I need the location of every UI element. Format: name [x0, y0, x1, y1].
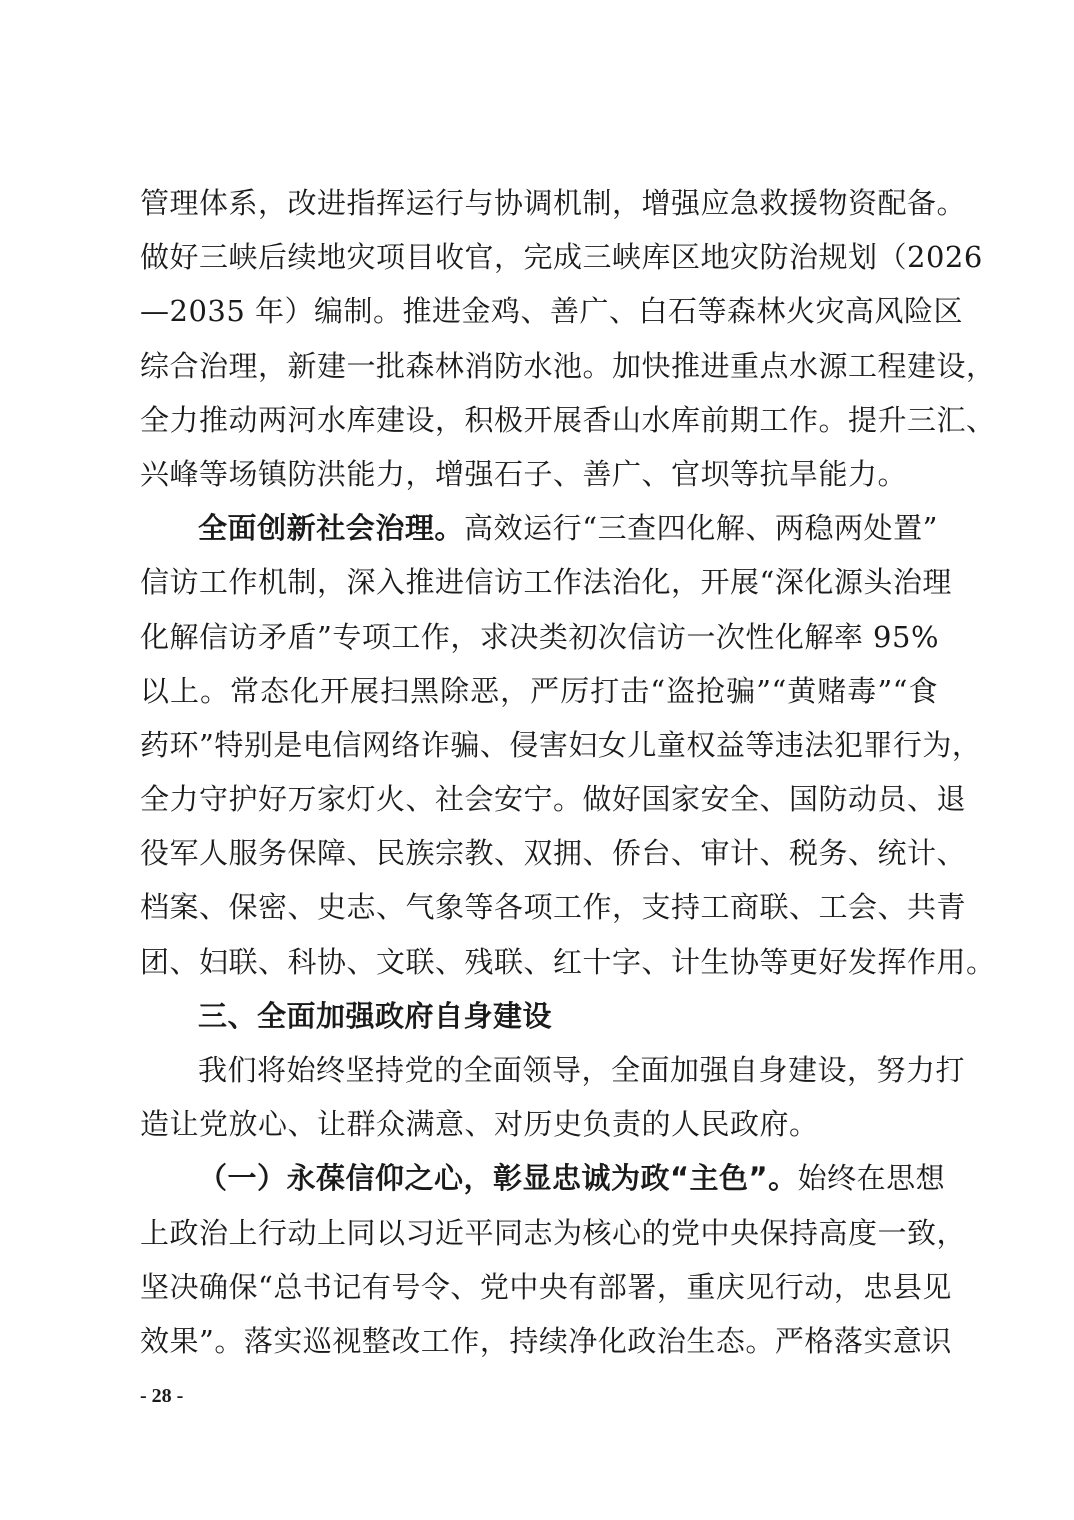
text-line: 以上。常态化开展扫黑除恶，严厉打击“盗抢骗”“黄赌毒”“食 [140, 664, 938, 718]
text-line: —2035 年）编制。推进金鸡、善广、白石等森林火灾高风险区 [140, 284, 938, 338]
paragraph-first-line: 全面创新社会治理。高效运行“三查四化解、两稳两处置” [140, 501, 938, 555]
text-line: 综合治理，新建一批森林消防水池。加快推进重点水源工程建设， [140, 339, 938, 393]
text-line: 全力守护好万家灯火、社会安宁。做好国家安全、国防动员、退 [140, 772, 938, 826]
text-line: 团、妇联、科协、文联、残联、红十字、计生协等更好发挥作用。 [140, 935, 938, 989]
text-line: 信访工作机制，深入推进信访工作法治化，开展“深化源头治理 [140, 555, 938, 609]
paragraph-lead-rest: 高效运行“三查四化解、两稳两处置” [464, 511, 938, 545]
text-line: 档案、保密、史志、气象等各项工作，支持工商联、工会、共青 [140, 880, 938, 934]
text-line: 兴峰等场镇防洪能力，增强石子、善广、官坝等抗旱能力。 [140, 447, 938, 501]
paragraph-first-line: （一）永葆信仰之心，彰显忠诚为政“主色”。始终在思想 [140, 1151, 938, 1205]
text-line: 化解信访矛盾”专项工作，求决类初次信访一次性化解率 95% [140, 610, 938, 664]
subsection-heading: （一）永葆信仰之心，彰显忠诚为政“主色”。 [198, 1161, 798, 1195]
paragraph-lead-rest: 始终在思想 [798, 1161, 946, 1195]
text-line: 坚决确保“总书记有号令、党中央有部署，重庆见行动，忠县见 [140, 1260, 938, 1314]
paragraph-first-line: 我们将始终坚持党的全面领导，全面加强自身建设，努力打 [140, 1043, 938, 1097]
text-line: 役军人服务保障、民族宗教、双拥、侨台、审计、税务、统计、 [140, 826, 938, 880]
text-line: 管理体系，改进指挥运行与协调机制，增强应急救援物资配备。 [140, 176, 938, 230]
text-line: 药环”特别是电信网络诈骗、侵害妇女儿童权益等违法犯罪行为， [140, 718, 938, 772]
document-page: 管理体系，改进指挥运行与协调机制，增强应急救援物资配备。 做好三峡后续地灾项目收… [0, 0, 1074, 1520]
text-line: 全力推动两河水库建设，积极开展香山水库前期工作。提升三汇、 [140, 393, 938, 447]
text-line: 做好三峡后续地灾项目收官，完成三峡库区地灾防治规划（2026 [140, 230, 938, 284]
text-line: 上政治上行动上同以习近平同志为核心的党中央保持高度一致， [140, 1206, 938, 1260]
text-line: 效果”。落实巡视整改工作，持续净化政治生态。严格落实意识 [140, 1314, 938, 1368]
page-number: - 28 - [140, 1385, 183, 1408]
section-heading: 三、全面加强政府自身建设 [140, 989, 938, 1043]
paragraph-lead-bold: 全面创新社会治理。 [198, 511, 464, 545]
text-line: 造让党放心、让群众满意、对历史负责的人民政府。 [140, 1097, 938, 1151]
body-text: 管理体系，改进指挥运行与协调机制，增强应急救援物资配备。 做好三峡后续地灾项目收… [140, 176, 938, 1368]
